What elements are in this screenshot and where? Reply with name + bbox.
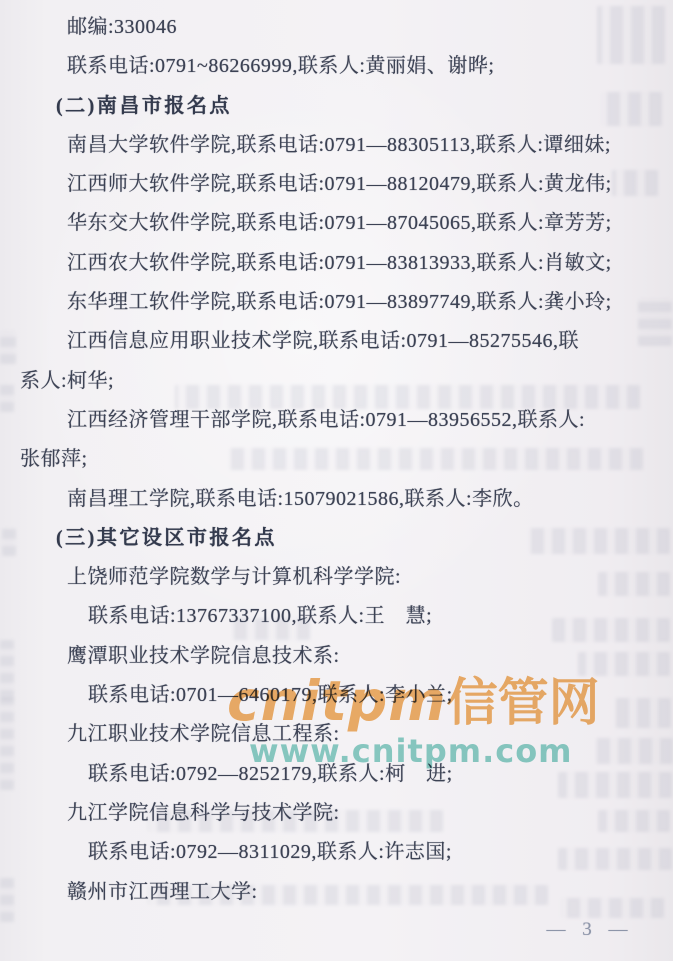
document-line: 邮编:330046	[67, 8, 673, 47]
scanned-document-page: 邮编:330046联系电话:0791~86266999,联系人:黄丽娟、谢晔;(…	[0, 0, 673, 961]
document-line: (二)南昌市报名点	[56, 87, 673, 126]
document-line: 赣州市江西理工大学:	[67, 873, 673, 912]
document-line: 联系电话:0792—8252179,联系人:柯 进;	[88, 755, 673, 794]
document-line: 江西师大软件学院,联系电话:0791—88120479,联系人:黄龙伟;	[67, 165, 673, 204]
document-line: 联系电话:0701—6460179,联系人:李小兰;	[88, 676, 673, 715]
document-line: 上饶师范学院数学与计算机科学学院:	[67, 558, 673, 597]
document-line: 江西经济管理干部学院,联系电话:0791—83956552,联系人:	[67, 401, 673, 440]
document-line: 东华理工软件学院,联系电话:0791—83897749,联系人:龚小玲;	[67, 283, 673, 322]
document-line: 江西农大软件学院,联系电话:0791—83813933,联系人:肖敏文;	[67, 244, 673, 283]
document-line: 张郁萍;	[20, 440, 673, 479]
document-line: (三)其它设区市报名点	[56, 519, 673, 558]
document-line: 联系电话:0791~86266999,联系人:黄丽娟、谢晔;	[67, 47, 673, 86]
document-line: 鹰潭职业技术学院信息技术系:	[67, 637, 673, 676]
document-line: 南昌大学软件学院,联系电话:0791—88305113,联系人:谭细妹;	[67, 126, 673, 165]
document-line: 南昌理工学院,联系电话:15079021586,联系人:李欣。	[67, 480, 673, 519]
document-line: 华东交大软件学院,联系电话:0791—87045065,联系人:章芳芳;	[67, 204, 673, 243]
document-body: 邮编:330046联系电话:0791~86266999,联系人:黄丽娟、谢晔;(…	[0, 8, 673, 912]
document-line: 联系电话:0792—8311029,联系人:许志国;	[88, 833, 673, 872]
page-number: — 3 —	[538, 919, 642, 941]
document-line: 九江职业技术学院信息工程系:	[67, 715, 673, 754]
document-line: 江西信息应用职业技术学院,联系电话:0791—85275546,联	[67, 322, 673, 361]
document-line: 联系电话:13767337100,联系人:王 慧;	[88, 597, 673, 636]
document-line: 系人:柯华;	[20, 362, 673, 401]
document-line: 九江学院信息科学与技术学院:	[67, 794, 673, 833]
